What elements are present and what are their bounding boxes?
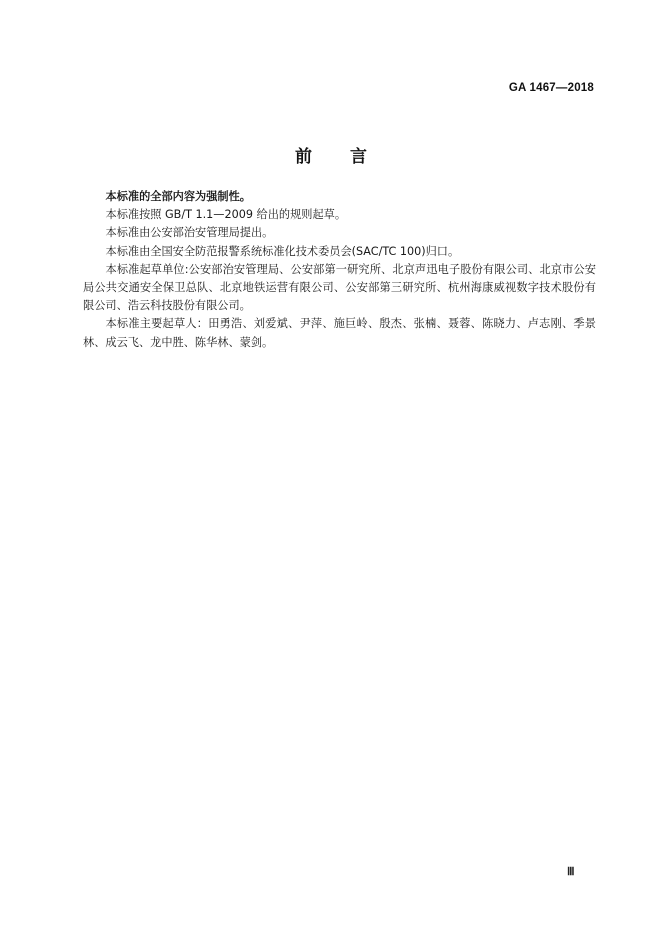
paragraph-proposer: 本标准由公安部治安管理局提出。 (83, 224, 596, 242)
standard-code: GA 1467—2018 (509, 82, 594, 94)
title-char-1: 前 (295, 147, 312, 167)
foreword-body: 本标准的全部内容为强制性。 本标准按照 GB/T 1.1—2009 给出的规则起… (83, 188, 596, 352)
page-number: Ⅲ (567, 865, 575, 878)
paragraph-committee: 本标准由全国安全防范报警系统标准化技术委员会(SAC/TC 100)归口。 (83, 243, 596, 261)
page-title: 前言 (0, 142, 662, 167)
paragraph-drafting-rules: 本标准按照 GB/T 1.1—2009 给出的规则起草。 (83, 206, 596, 224)
paragraph-drafting-units: 本标准起草单位:公安部治安管理局、公安部第一研究所、北京声迅电子股份有限公司、北… (83, 261, 596, 316)
title-char-2: 言 (350, 147, 367, 167)
paragraph-mandatory: 本标准的全部内容为强制性。 (83, 188, 596, 206)
paragraph-drafters: 本标准主要起草人：田勇浩、刘爱斌、尹萍、施巨岭、殷杰、张楠、聂蓉、陈晓力、卢志刚… (83, 315, 596, 351)
